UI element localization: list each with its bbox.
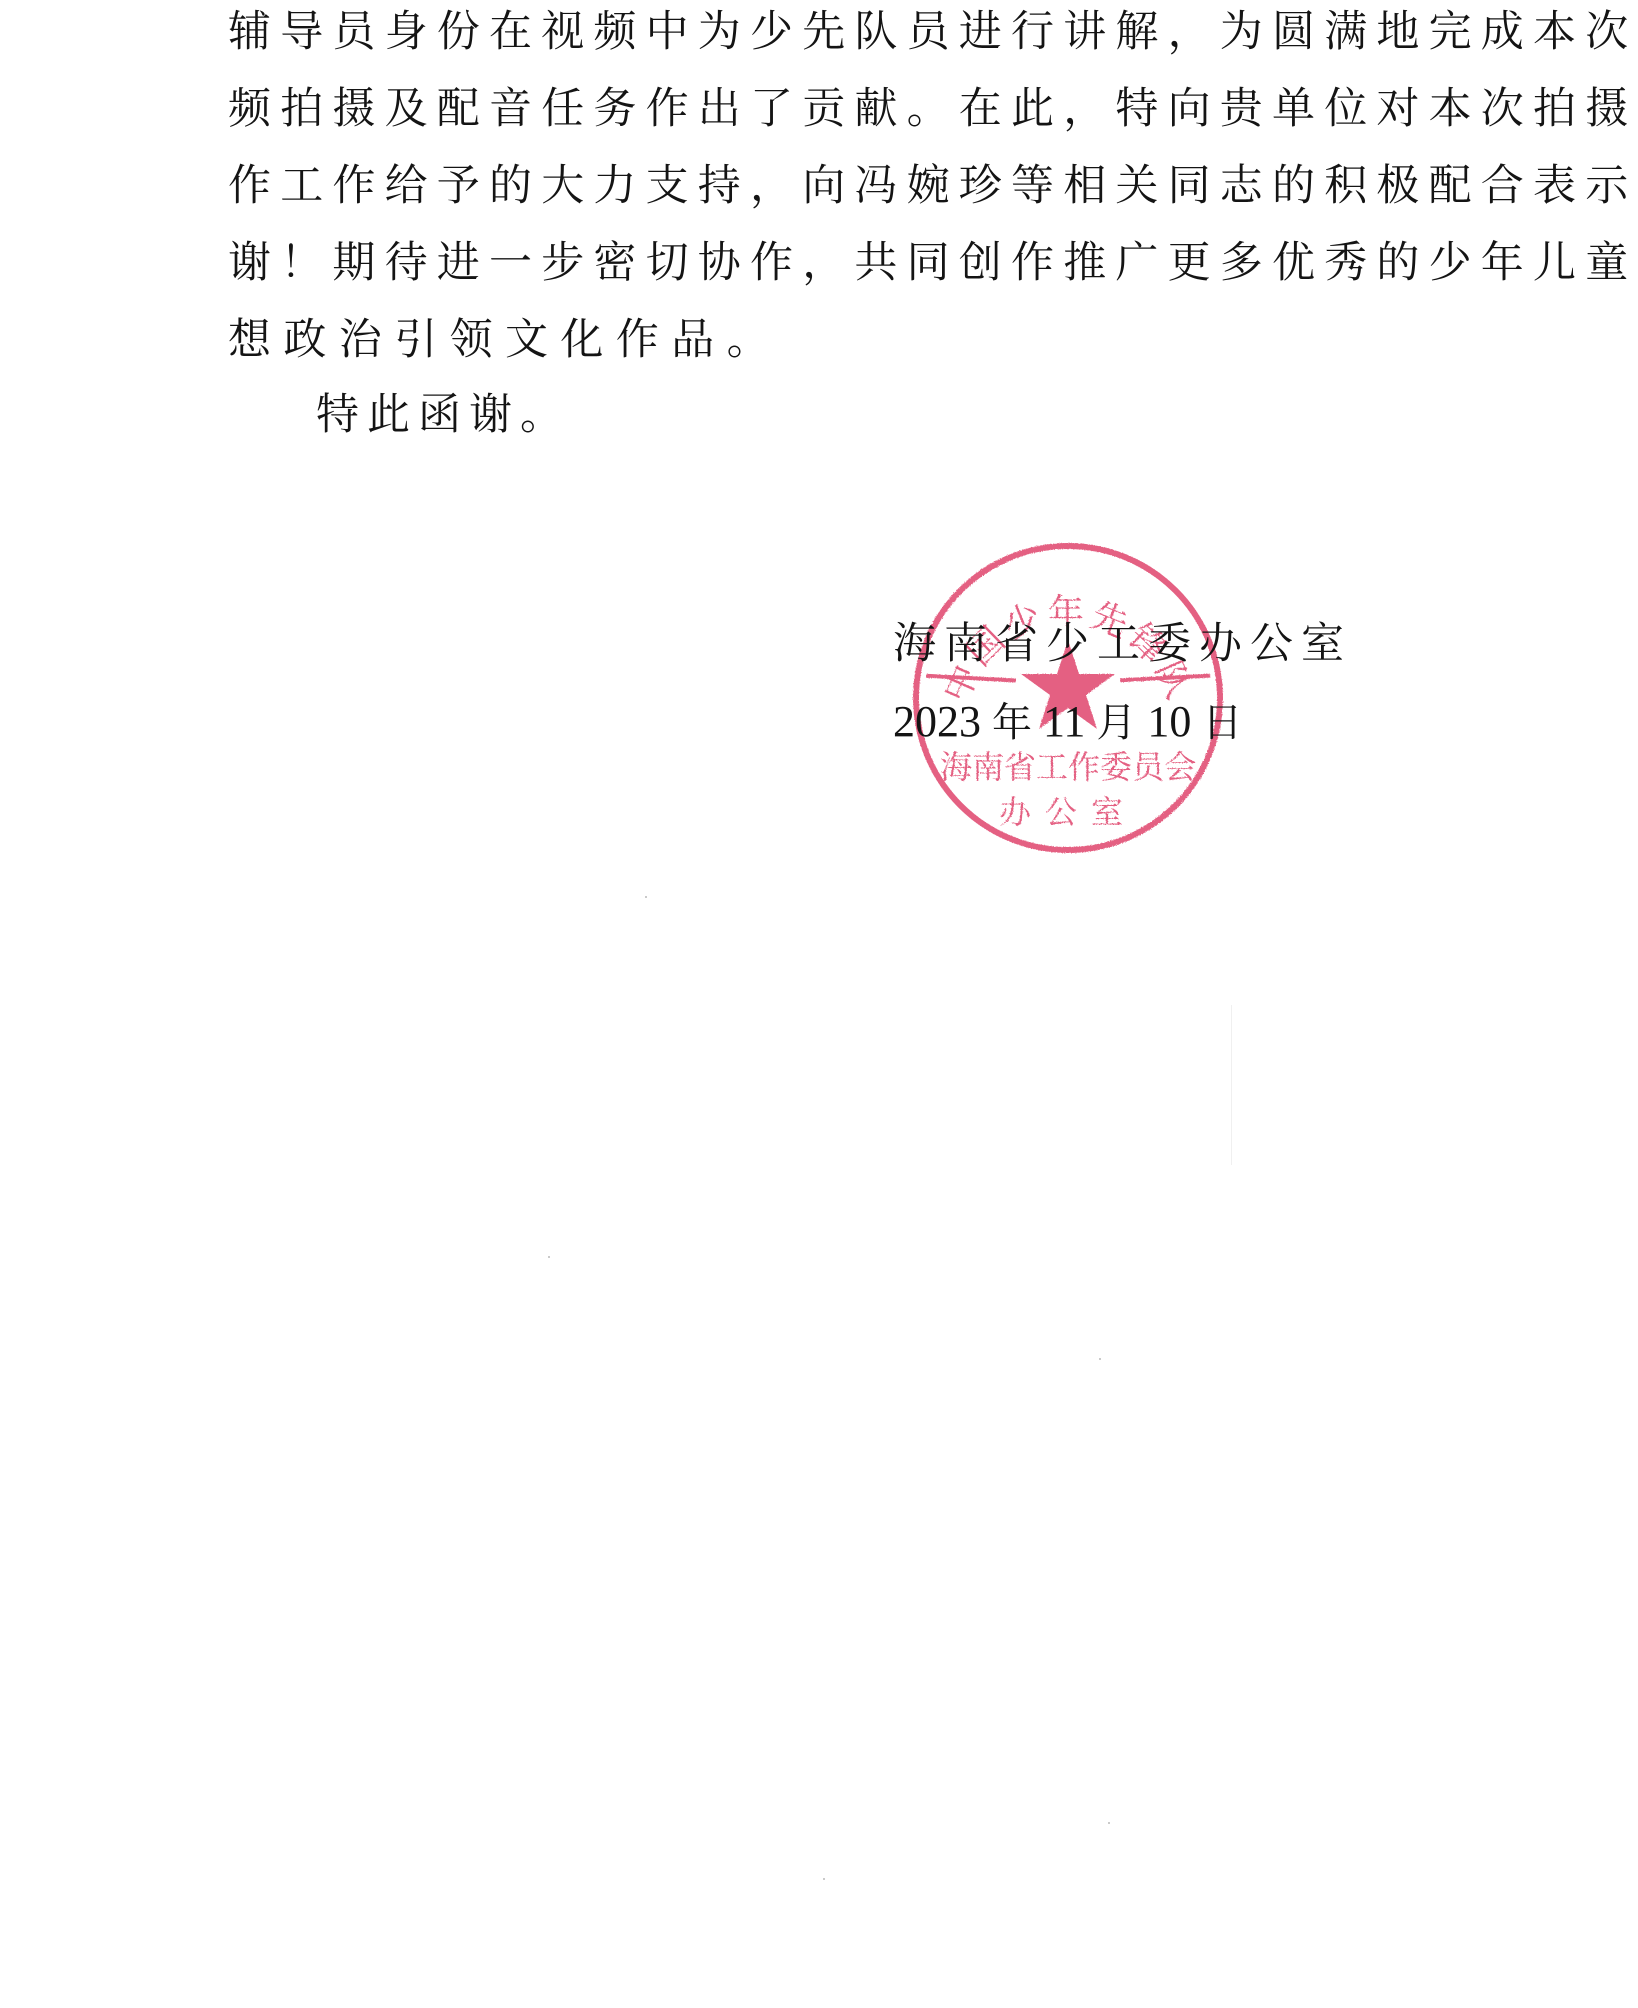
date-day-unit: 日 [1202,700,1242,746]
scan-speck [645,896,647,898]
closing-phrase: 特此函谢。 [316,377,571,454]
scan-speck [1108,1822,1110,1824]
signing-organization: 海南省少工委办公室 [893,606,1352,683]
letter-body: 辅导员身份在视频中为少先队员进行讲解，为圆满地完成本次视 频拍摄及配音任务作出了… [228,0,1458,379]
signature-block: 海南省少工委办公室 2023 年 11 月 10 日 [893,606,1352,762]
date-month-unit: 月 [1096,700,1136,746]
body-line-3: 作工作给予的大力支持，向冯婉珍等相关同志的积极配合表示感 [228,148,1450,225]
body-line-2: 频拍摄及配音任务作出了贡献。在此，特向贵单位对本次拍摄制 [228,71,1450,148]
scan-speck [1099,1358,1101,1360]
date-day: 10 [1147,697,1191,746]
scan-speck [823,1878,825,1880]
date-month: 11 [1043,697,1085,746]
scan-streak [1231,1005,1232,1165]
signing-date: 2023 年 11 月 10 日 [893,683,1352,762]
body-line-1: 辅导员身份在视频中为少先队员进行讲解，为圆满地完成本次视 [228,0,1450,71]
document-page: 辅导员身份在视频中为少先队员进行讲解，为圆满地完成本次视 频拍摄及配音任务作出了… [0,0,1638,2008]
date-year-unit: 年 [992,700,1032,746]
body-line-5: 想政治引领文化作品。 [228,302,1450,379]
date-year: 2023 [893,697,981,746]
svg-text:办公室: 办公室 [999,793,1137,831]
scan-speck [548,1256,550,1258]
body-line-4: 谢！期待进一步密切协作，共同创作推广更多优秀的少年儿童思 [228,225,1450,302]
